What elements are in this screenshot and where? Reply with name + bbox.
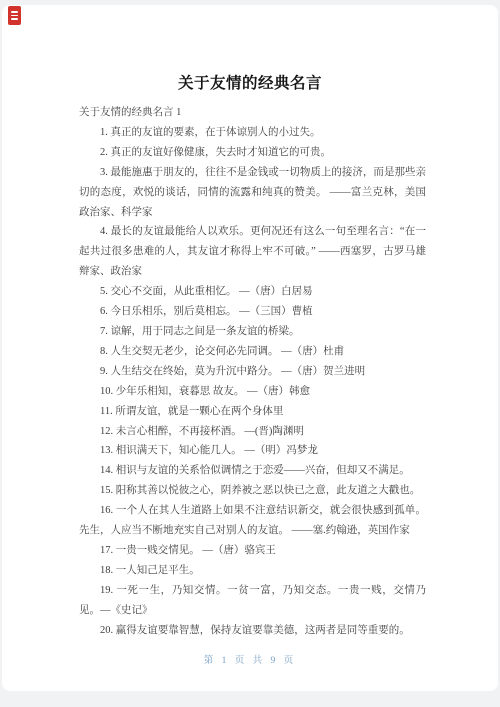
quote-item: 11. 所谓友谊，就是一颗心在两个身体里 [79,402,426,422]
quote-item: 14. 相识与友谊的关系恰似调情之于恋爱——兴奋，但却又不满足。 [79,461,426,481]
site-logo-icon [8,6,21,25]
quote-item: 8. 人生交契无老少，论交何必先同调。 —（唐）杜甫 [79,342,426,362]
quote-item: 19. 一死一生，乃知交情。一贫一富，乃知交态。一贵一贱，交情乃见。—《史记》 [79,581,426,621]
quote-item: 1. 真正的友谊的要素，在于体谅别人的小过失。 [79,123,426,143]
quote-item: 7. 谅解，用于同志之间是一条友谊的桥梁。 [79,322,426,342]
quote-item: 3. 最能施惠于朋友的，往往不是金钱或一切物质上的接济，而是那些亲切的态度，欢悦… [79,163,426,223]
page-number-indicator: 第 1 页 共 9 页 [2,652,498,666]
quote-item: 12. 未言心相醉，不再接杯酒。 —(晋)陶渊明 [79,422,426,442]
quote-item: 16. 一个人在其人生道路上如果不注意结识新交，就会很快感到孤单。先生，人应当不… [79,501,426,541]
section-heading: 关于友情的经典名言 1 [79,103,426,123]
page-title: 关于友情的经典名言 [2,71,498,93]
logo-bar [11,18,18,20]
quote-item: 6. 今日乐相乐，别后莫相忘。 —（三国）曹植 [79,302,426,322]
logo-bar [11,15,18,17]
quote-item: 15. 阳称其善以悦彼之心，阴养被之恶以快已之意，此友道之大戳也。 [79,481,426,501]
document-body: 关于友情的经典名言 1 1. 真正的友谊的要素，在于体谅别人的小过失。2. 真正… [79,103,426,640]
document-page: 关于友情的经典名言 关于友情的经典名言 1 1. 真正的友谊的要素，在于体谅别人… [2,5,498,691]
quote-list: 1. 真正的友谊的要素，在于体谅别人的小过失。2. 真正的友谊好像健康，失去时才… [79,123,426,641]
quote-item: 5. 交心不交面，从此重相忆。 —（唐）白居易 [79,282,426,302]
quote-item: 20. 赢得友谊要靠智慧，保持友谊要靠美德，这两者是同等重要的。 [79,621,426,641]
quote-item: 10. 少年乐相知，衰暮思 故友。 —（唐）韩愈 [79,382,426,402]
quote-item: 4. 最长的友谊最能给人以欢乐。更何况还有这么一句至理名言：“在一起共过很多患难… [79,222,426,282]
quote-item: 18. 一人知己足平生。 [79,561,426,581]
logo-bar [11,11,18,13]
quote-item: 9. 人生结交在终始，莫为升沉中路分。 —（唐）贺兰进明 [79,362,426,382]
quote-item: 13. 相识满天下，知心能几人。 —（明）冯梦龙 [79,441,426,461]
quote-item: 2. 真正的友谊好像健康，失去时才知道它的可贵。 [79,143,426,163]
quote-item: 17. 一贵一贱交情见。 —（唐）骆宾王 [79,541,426,561]
